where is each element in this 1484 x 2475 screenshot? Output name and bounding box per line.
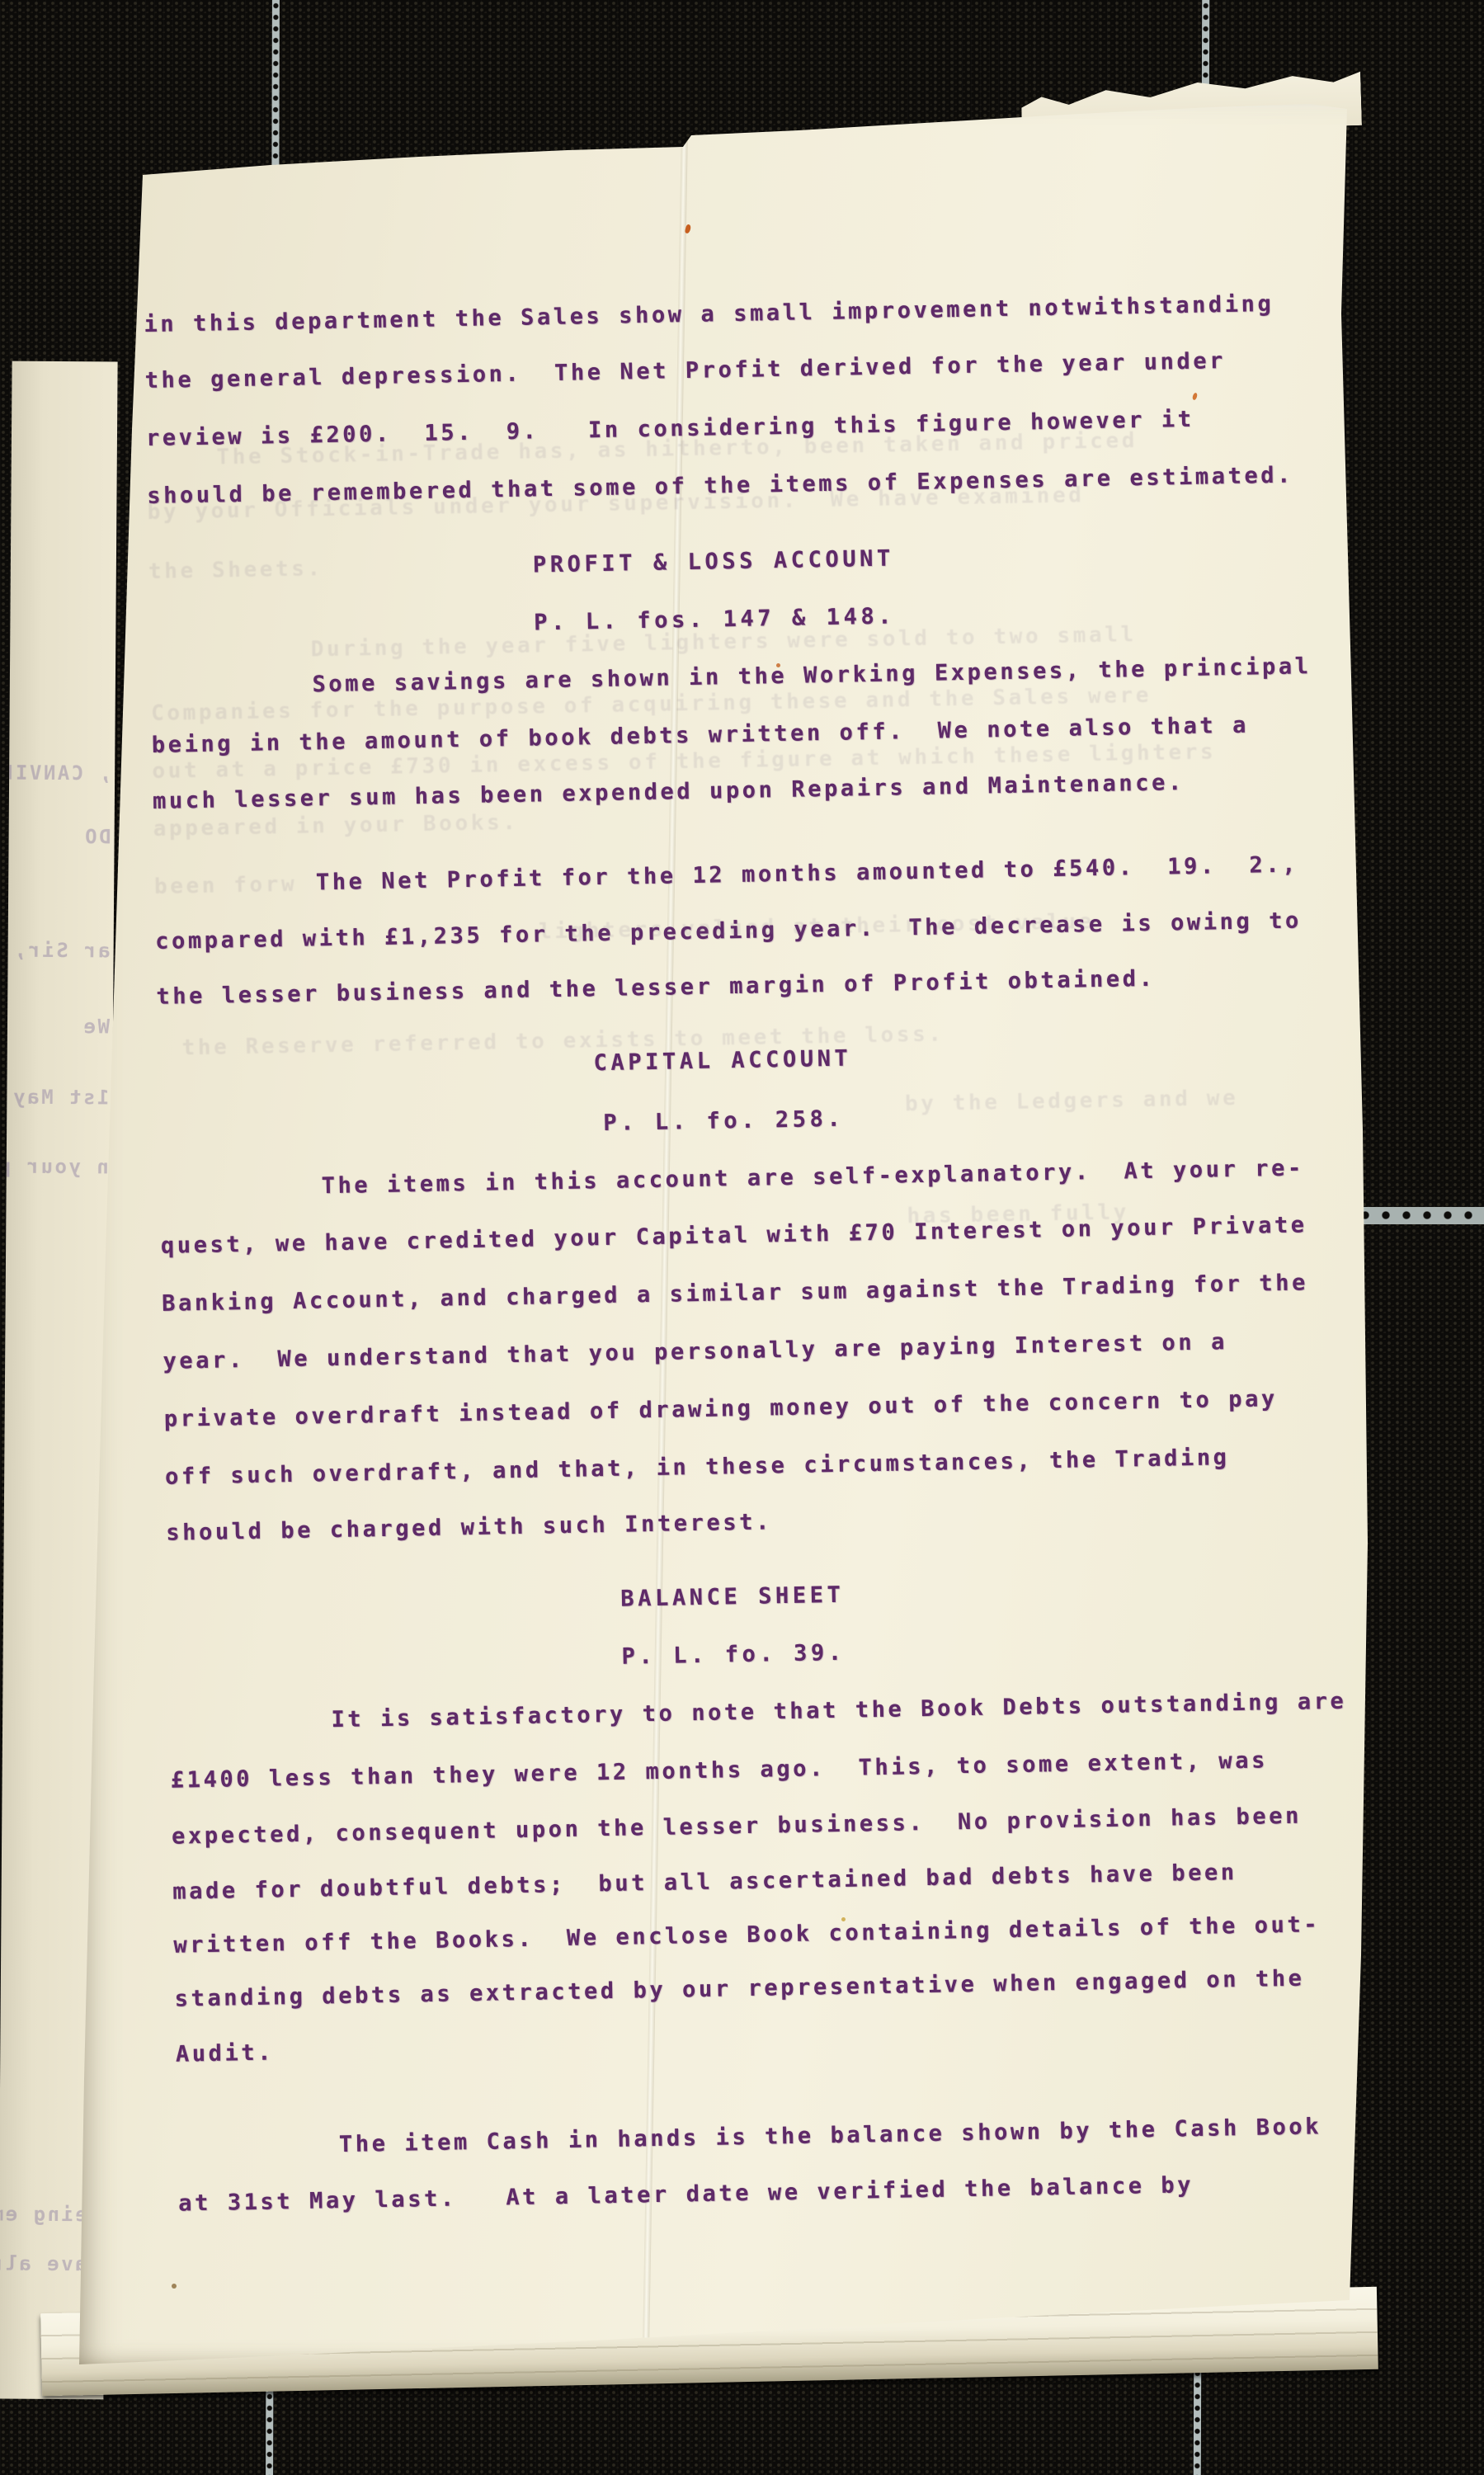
mirrored-bleedthrough-fragment: 1st May 19 — [7, 1086, 109, 1110]
typed-line: £1400 less than they were 12 months ago.… — [171, 1746, 1354, 1793]
typed-line: at 31st May last. At a later date we ver… — [178, 2169, 1362, 2216]
typed-line: off such overdraft, and that, in these c… — [165, 1443, 1349, 1490]
typed-line: the lesser business and the lesser margi… — [156, 963, 1340, 1010]
typed-line: private overdraft instead of drawing mon… — [164, 1385, 1348, 1432]
heading-line: BALANCE SHEET — [167, 1574, 1298, 1620]
ghost-offset-line: appeared in your Books. — [153, 810, 518, 841]
typed-line: It is satisfactory to note that the Book… — [169, 1685, 1484, 1736]
ghost-offset-line: has been fully — [907, 1200, 1129, 1228]
ink-speck — [172, 2284, 177, 2289]
mirrored-bleedthrough-fragment: , CANVILL. — [9, 761, 111, 785]
photographed-document: { "palette": { "background": "#0c0b09", … — [0, 0, 1484, 2475]
typed-line: expected, consequent upon the lesser bus… — [172, 1802, 1355, 1849]
typed-line: quest, we have credited your Capital wit… — [161, 1212, 1345, 1259]
typed-line: the general depression. The Net Profit d… — [144, 346, 1328, 394]
typed-line: standing debts as extracted by our repre… — [174, 1964, 1358, 2011]
heading-line: P. L. fo. 39. — [168, 1632, 1298, 1678]
typed-line: made for doubtful debts; but all ascerta… — [172, 1857, 1356, 1904]
ink-speck — [776, 663, 780, 667]
mirrored-bleedthrough-fragment: n your pos — [7, 1155, 109, 1179]
ghost-offset-line: the Sheets. — [148, 556, 323, 584]
ghost-offset-line: lighters valued at their cost value — [539, 909, 1095, 944]
typed-line: Banking Account, and charged a similar s… — [162, 1270, 1345, 1317]
typed-text-layer: in this department the Sales show a smal… — [68, 77, 1417, 2369]
typewritten-sheet: in this department the Sales show a smal… — [73, 99, 1380, 2368]
typed-line: written off the Books. We enclose Book c… — [173, 1911, 1357, 1958]
ghost-offset-line: been forw — [154, 872, 298, 899]
ink-speck — [841, 1917, 846, 1921]
mirrored-bleedthrough-fragment: DO — [9, 825, 111, 849]
typed-line: The Net Profit for the 12 months amounte… — [154, 848, 1484, 898]
mirrored-bleedthrough-fragment: ar Sir, — [8, 939, 111, 963]
typed-line: should be charged with such Interest. — [166, 1499, 1350, 1546]
typed-line: The item Cash in hands is the balance sh… — [177, 2110, 1484, 2161]
typed-line: year. We understand that you personally … — [163, 1327, 1346, 1374]
typed-line: Audit. — [176, 2020, 1359, 2067]
mirrored-bleedthrough-fragment: We — [7, 1015, 110, 1039]
typed-line: The items in this account are self-expla… — [159, 1152, 1484, 1202]
typed-line: in this department the Sales show a smal… — [144, 290, 1327, 337]
